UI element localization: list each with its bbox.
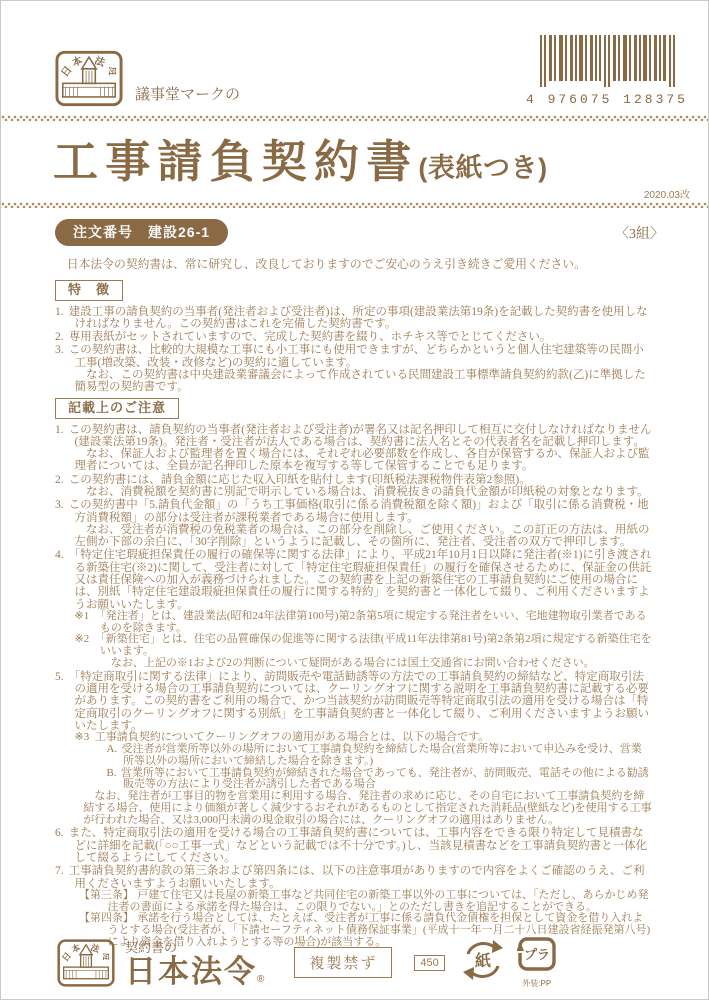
note-item: 1.この契約書は、請負契約の当事者(発注者および受注者)が署名又は記名押印して相… bbox=[55, 424, 652, 473]
footnote-continuation: なお、上記の※1および2の判断について疑問がある場合には国土交通省にお問い合わせ… bbox=[100, 658, 652, 670]
clause-text: 戸建て住宅又は長屋の新築工事など共同住宅の新築工事以外の工事については、「ただし… bbox=[108, 889, 649, 913]
logo-char: 日 bbox=[60, 950, 73, 963]
brand-name: 日本法令® bbox=[125, 956, 266, 989]
brand-name-text: 日本法令 bbox=[125, 954, 257, 989]
clause-item: 【第三条】戸建て住宅又は長屋の新築工事など共同住宅の新築工事以外の工事については… bbox=[79, 890, 652, 914]
plastic-mark-text: プラ bbox=[524, 947, 550, 962]
page-title: 工事請負契約書 bbox=[53, 136, 418, 187]
item-number: 1. bbox=[55, 306, 64, 318]
paper-mark-text: 紙 bbox=[474, 951, 491, 970]
item-number: 4. bbox=[55, 549, 64, 561]
item-text: 「特定住宅瑕疵担保責任の履行の確保等に関する法律」により、平成21年10月1日以… bbox=[69, 549, 652, 610]
logo-char: 令 bbox=[98, 948, 113, 963]
item-text: 建設工事の請負契約の当事者(発注者および受注者)は、所定の事項(建設業法第19条… bbox=[69, 306, 648, 330]
footnote-mark: ※3 bbox=[75, 731, 90, 743]
order-number-badge: 注文番号 建設26-1 bbox=[55, 219, 228, 246]
title-suffix: (表紙つき) bbox=[418, 153, 547, 183]
barcode-digits: 4 976075 128375 bbox=[526, 92, 688, 107]
item-number: 2. bbox=[55, 331, 64, 343]
diet-building-logo-icon: 日 本 法 令 bbox=[55, 50, 123, 107]
footnote-text: 工事請負契約についてクーリングオフの適用がある場合とは、以下の場合です。 bbox=[95, 731, 489, 743]
decorative-divider bbox=[1, 202, 708, 208]
footnote-mark: ※1 bbox=[75, 610, 90, 622]
brand-block: 契約書の 日本法令® bbox=[125, 937, 266, 989]
item-number: 6. bbox=[55, 827, 64, 839]
note-item: 6.また、特定商取引法の適用を受ける場合の工事請負契約書については、工事内容をで… bbox=[55, 827, 652, 864]
item-text: この契約書には、請負金額に応じた収入印紙を貼付します(印紙税法課税物件表第2参照… bbox=[69, 474, 531, 486]
item-number: 5. bbox=[55, 671, 64, 683]
item-text: また、特定商取引法の適用を受ける場合の工事請負契約書については、工事内容をできる… bbox=[69, 827, 647, 864]
case-letter: B. bbox=[106, 767, 116, 779]
case-text: 受注者が営業所等以外の場所において工事請負契約を締結した場合(営業所等において申… bbox=[122, 743, 642, 767]
note-continuation: なお、保証人および監理者を置く場合には、それぞれ必要部数を作成し、各自が保管する… bbox=[75, 448, 652, 473]
item-number: 1. bbox=[55, 424, 64, 436]
plastic-caption: 外装:PP bbox=[517, 978, 557, 989]
item-text: この契約書は、請負契約の当事者(発注者および受注者)が署名又は記名押印して相互に… bbox=[69, 424, 652, 448]
item-text: この契約書中「5.請負代金額」の「うち工事価格(取引に係る消費税額を除く額)」お… bbox=[69, 499, 649, 523]
plastic-recycle-icon: プラ 外装:PP bbox=[517, 936, 557, 989]
item-number: 3. bbox=[55, 344, 64, 356]
item-number: 2. bbox=[55, 474, 64, 486]
footnote-text: 「発注者」とは、建設業法(昭和24年法律第100号)第2条第5項に規定する発注者… bbox=[95, 610, 647, 634]
note-text: 4.「特定住宅瑕疵担保責任の履行の確保等に関する法律」により、平成21年10月1… bbox=[75, 549, 652, 610]
item-text: 「特定商取引に関する法律」により、訪問販売や電話勧誘等の方法での工事請負契約の締… bbox=[69, 671, 649, 732]
note-text: 6.また、特定商取引法の適用を受ける場合の工事請負契約書については、工事内容をで… bbox=[75, 827, 652, 864]
clause-mark: 【第三条】 bbox=[79, 889, 134, 901]
note-text: 7.工事請負契約書約款の第三条および第四条には、以下の注意事項がありますので内容… bbox=[75, 865, 652, 890]
barcode: 4 976075 128375 bbox=[526, 35, 692, 107]
case-letter: A. bbox=[106, 743, 117, 755]
footnote-text: 「新築住宅」とは、住宅の品質確保の促進等に関する法律(平成11年法律第81号)第… bbox=[95, 633, 652, 657]
case-text: 営業所等において工事請負契約が締結された場合であっても、発注者が、訪問販売、電話… bbox=[121, 767, 649, 791]
case-item: A.受注者が営業所等以外の場所において工事請負契約を締結した場合(営業所等におい… bbox=[106, 744, 652, 768]
note-text: 1.この契約書は、請負契約の当事者(発注者および受注者)が署名又は記名押印して相… bbox=[75, 424, 652, 449]
note-item: 3.この契約書中「5.請負代金額」の「うち工事価格(取引に係る消費税額を除く額)… bbox=[55, 499, 652, 548]
clause-mark: 【第四条】 bbox=[79, 912, 134, 924]
feature-text: 1.建設工事の請負契約の当事者(発注者および受注者)は、所定の事項(建設業法第1… bbox=[75, 306, 652, 331]
features-heading: 特 徴 bbox=[55, 280, 123, 301]
title-block: 工事請負契約書(表紙つき) 2020.03改 bbox=[1, 121, 708, 202]
feature-text: 2.専用表紙がセットされていますので、完成した契約書を綴り、ホチキス等でとじてく… bbox=[75, 331, 652, 343]
note-text: 3.この契約書中「5.請負代金額」の「うち工事価格(取引に係る消費税額を除く額)… bbox=[75, 499, 652, 524]
document-body: 日本法令の契約書は、常に研究し、改良しておりますのでご安心のうえ引き続きご愛用く… bbox=[1, 246, 708, 949]
no-copy-box: 複製禁ず bbox=[294, 947, 392, 978]
revision-label: 2020.03改 bbox=[644, 186, 690, 201]
logo-char: 本 bbox=[70, 941, 82, 954]
logo-caption: 議事堂マークの bbox=[135, 83, 240, 104]
header: 日 本 法 令 議事堂マークの bbox=[1, 1, 708, 115]
note-text: 2.この契約書には、請負金額に応じた収入印紙を貼付します(印紙税法課税物件表第2… bbox=[75, 474, 652, 486]
note-text: 5.「特定商取引に関する法律」により、訪問販売や電話勧誘等の方法での工事請負契約… bbox=[75, 671, 652, 732]
item-number: 7. bbox=[55, 865, 64, 877]
footnote-mark: ※2 bbox=[75, 633, 90, 645]
logo-char: 日 bbox=[59, 64, 75, 79]
item-text: この契約書は、比較的大規模な工事にも小工事にも使用できますが、どちらかというと個… bbox=[69, 344, 644, 368]
case-continuation: なお、発注者が工事目的物を営業用に利用する場合、発注者の求めに応じ、その自宅にお… bbox=[83, 791, 652, 826]
footnote: ※1「発注者」とは、建設業法(昭和24年法律第100号)第2条第5項に規定する発… bbox=[75, 611, 652, 635]
diet-building-logo-icon: 日 本 法 令 bbox=[57, 939, 115, 987]
feature-text: 3.この契約書は、比較的大規模な工事にも小工事にも使用できますが、どちらかという… bbox=[75, 344, 652, 369]
document-page: 日 本 法 令 議事堂マークの bbox=[0, 0, 709, 1000]
feature-item: 3.この契約書は、比較的大規模な工事にも小工事にも使用できますが、どちらかという… bbox=[55, 344, 652, 393]
barcode-bars bbox=[532, 35, 682, 87]
logo-char: 令 bbox=[103, 63, 121, 80]
note-item: 5.「特定商取引に関する法律」により、訪問販売や電話勧誘等の方法での工事請負契約… bbox=[55, 671, 652, 827]
footer: 日 本 法 令 契約書の 日本法令® 複製禁ず 450 紙 bbox=[57, 936, 674, 989]
feature-continuation: なお、この契約書は中央建設業審議会によって作成されている民間建設工事標準請負契約… bbox=[75, 369, 652, 394]
note-continuation: なお、消費税額を契約書に別記で明示している場合は、消費税抜きの請負代金額が印紙税… bbox=[75, 486, 652, 498]
item-text: 専用表紙がセットされていますので、完成した契約書を綴り、ホチキス等でとじてくださ… bbox=[69, 331, 552, 343]
set-count-label: 〈3組〉 bbox=[615, 223, 664, 243]
intro-text: 日本法令の契約書は、常に研究し、改良しておりますのでご安心のうえ引き続きご愛用く… bbox=[55, 258, 652, 271]
footnote: ※2「新築住宅」とは、住宅の品質確保の促進等に関する法律(平成11年法律第81号… bbox=[75, 634, 652, 658]
note-item: 4.「特定住宅瑕疵担保責任の履行の確保等に関する法律」により、平成21年10月1… bbox=[55, 549, 652, 669]
feature-item: 2.専用表紙がセットされていますので、完成した契約書を綴り、ホチキス等でとじてく… bbox=[55, 331, 652, 343]
paper-recycle-icon: 紙 bbox=[461, 939, 505, 986]
registered-mark: ® bbox=[257, 974, 266, 985]
note-item: 2.この契約書には、請負金額に応じた収入印紙を貼付します(印紙税法課税物件表第2… bbox=[55, 474, 652, 499]
item-number: 3. bbox=[55, 499, 64, 511]
notes-heading: 記載上のご注意 bbox=[55, 398, 179, 419]
order-row: 注文番号 建設26-1 〈3組〉 bbox=[55, 219, 664, 246]
item-text: 工事請負契約書約款の第三条および第四条には、以下の注意事項がありますので内容をよ… bbox=[69, 865, 645, 889]
item-code-box: 450 bbox=[414, 955, 444, 971]
case-item: B.営業所等において工事請負契約が締結された場合であっても、発注者が、訪問販売、… bbox=[106, 768, 652, 792]
feature-item: 1.建設工事の請負契約の当事者(発注者および受注者)は、所定の事項(建設業法第1… bbox=[55, 306, 652, 331]
note-continuation: なお、受注者が消費税の免税業者の場合は、この部分を削除し、ご使用ください。この訂… bbox=[75, 524, 652, 549]
